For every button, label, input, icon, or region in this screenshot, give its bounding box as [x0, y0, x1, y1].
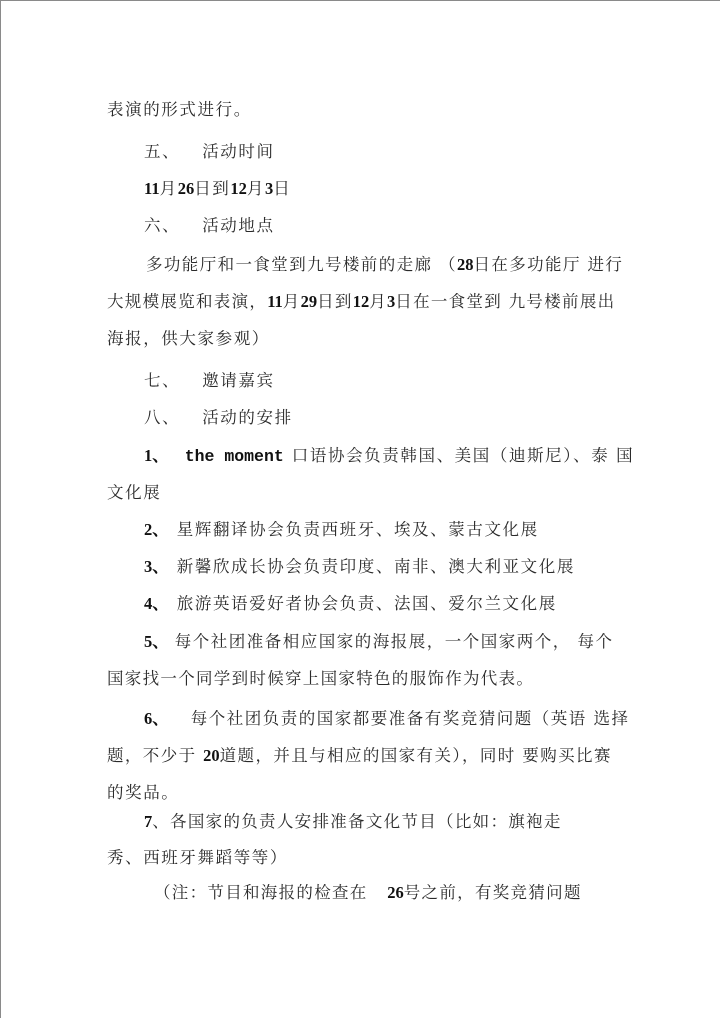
item-text: 每个社团负责的国家都要准备有奖竞猜问题（英语 选择 [191, 709, 630, 728]
section-title: 活动的安排 [202, 408, 293, 427]
location-paragraph-line-1: 多功能厅和一食堂到九号楼前的走廊 （28日在多功能厅 进行 [146, 255, 623, 275]
section-number: 八、 [144, 408, 180, 427]
location-paragraph-line-3: 海报，供大家参观） [107, 329, 270, 349]
text-run: 日在多功能厅 进行 [473, 255, 623, 274]
date-number: 12 [230, 179, 247, 198]
section-title: 活动时间 [202, 142, 274, 161]
text-run: 多功能厅和一食堂到九号楼前的走廊 （ [146, 255, 457, 274]
date-text: 日 [273, 179, 291, 198]
text-run: （注：节目和海报的检查在 [154, 883, 387, 902]
text-run: 月 [283, 292, 301, 311]
arrangement-item-7: 7、各国家的负责人安排准备文化节目（比如：旗袍走 [144, 812, 562, 832]
document-page: 表演的形式进行。 五、活动时间 11月26日到12月3日 六、活动地点 多功能厅… [0, 0, 720, 1018]
item-number: 7 [144, 812, 152, 831]
number-run: 12 [353, 292, 370, 311]
date-number: 26 [178, 179, 195, 198]
location-paragraph-line-2: 大规模展览和表演，11月29日到12月3日在一食堂到 九号楼前展出 [107, 292, 615, 312]
arrangement-item-2: 2、星辉翻译协会负责西班牙、埃及、蒙古文化展 [144, 520, 539, 540]
item-text: 星辉翻译协会负责西班牙、埃及、蒙古文化展 [177, 520, 539, 539]
club-name: the moment [185, 447, 284, 466]
date-number: 11 [144, 179, 160, 198]
item-text: 旅游英语爱好者协会负责、法国、爱尔兰文化展 [177, 594, 557, 613]
arrangement-item-3: 3、新馨欣成长协会负责印度、南非、澳大利亚文化展 [144, 557, 575, 577]
item-text: 口语协会负责韩国、美国（迪斯尼）、泰 国 [292, 446, 635, 465]
date-text: 月 [247, 179, 265, 198]
note-line: （注：节目和海报的检查在 26号之前，有奖竞猜问题 [154, 883, 582, 903]
number-run: 29 [301, 292, 318, 311]
item-number: 5、 [144, 632, 169, 651]
item-number: 3、 [144, 557, 169, 576]
text-run: 大规模展览和表演， [107, 292, 267, 311]
section-title: 邀请嘉宾 [202, 371, 274, 390]
text-run: 题，不少于 [107, 746, 203, 765]
number-run: 11 [267, 292, 283, 311]
arrangement-item-5-cont: 国家找一个同学到时候穿上国家特色的服饰作为代表。 [107, 669, 534, 689]
text-run: 日到 [317, 292, 353, 311]
section-heading-time: 五、活动时间 [144, 142, 275, 162]
arrangement-item-6-cont: 题，不少于 20道题，并且与相应的国家有关），同时 要购买比赛 [107, 746, 612, 766]
text-run: 月 [369, 292, 387, 311]
text-run: 道题，并且与相应的国家有关），同时 要购买比赛 [220, 746, 612, 765]
text-run: 号之前，有奖竞猜问题 [404, 883, 582, 902]
item-number: 2、 [144, 520, 169, 539]
section-title: 活动地点 [202, 216, 274, 235]
section-heading-arrangement: 八、活动的安排 [144, 408, 293, 428]
arrangement-item-6-cont-2: 的奖品。 [107, 783, 179, 803]
arrangement-item-4: 4、旅游英语爱好者协会负责、法国、爱尔兰文化展 [144, 594, 557, 614]
section-heading-location: 六、活动地点 [144, 216, 275, 236]
arrangement-item-1-cont: 文化展 [107, 483, 161, 503]
item-number: 1、 [144, 446, 169, 465]
section-number: 七、 [144, 371, 180, 390]
section-heading-guests: 七、邀请嘉宾 [144, 371, 275, 391]
section-number: 六、 [144, 216, 180, 235]
arrangement-item-5: 5、每个社团准备相应国家的海报展，一个国家两个， 每个 [144, 632, 614, 652]
item-number: 4、 [144, 594, 169, 613]
date-text: 日到 [194, 179, 230, 198]
activity-date-range: 11月26日到12月3日 [144, 179, 291, 199]
item-number: 6、 [144, 709, 169, 728]
number-run: 20 [203, 746, 220, 765]
arrangement-item-7-cont: 秀、西班牙舞蹈等等） [107, 848, 288, 868]
text-run: 日在一食堂到 九号楼前展出 [395, 292, 615, 311]
number-run: 26 [387, 883, 404, 902]
number-run: 28 [457, 255, 474, 274]
paragraph-tail: 表演的形式进行。 [107, 100, 252, 120]
item-text: 每个社团准备相应国家的海报展，一个国家两个， 每个 [175, 632, 614, 651]
item-text: 、各国家的负责人安排准备文化节目（比如：旗袍走 [152, 812, 561, 831]
item-text: 新馨欣成长协会负责印度、南非、澳大利亚文化展 [177, 557, 575, 576]
date-text: 月 [160, 179, 178, 198]
section-number: 五、 [144, 142, 180, 161]
arrangement-item-6: 6、每个社团负责的国家都要准备有奖竞猜问题（英语 选择 [144, 709, 630, 729]
arrangement-item-1: 1、the moment口语协会负责韩国、美国（迪斯尼）、泰 国 [144, 446, 634, 467]
